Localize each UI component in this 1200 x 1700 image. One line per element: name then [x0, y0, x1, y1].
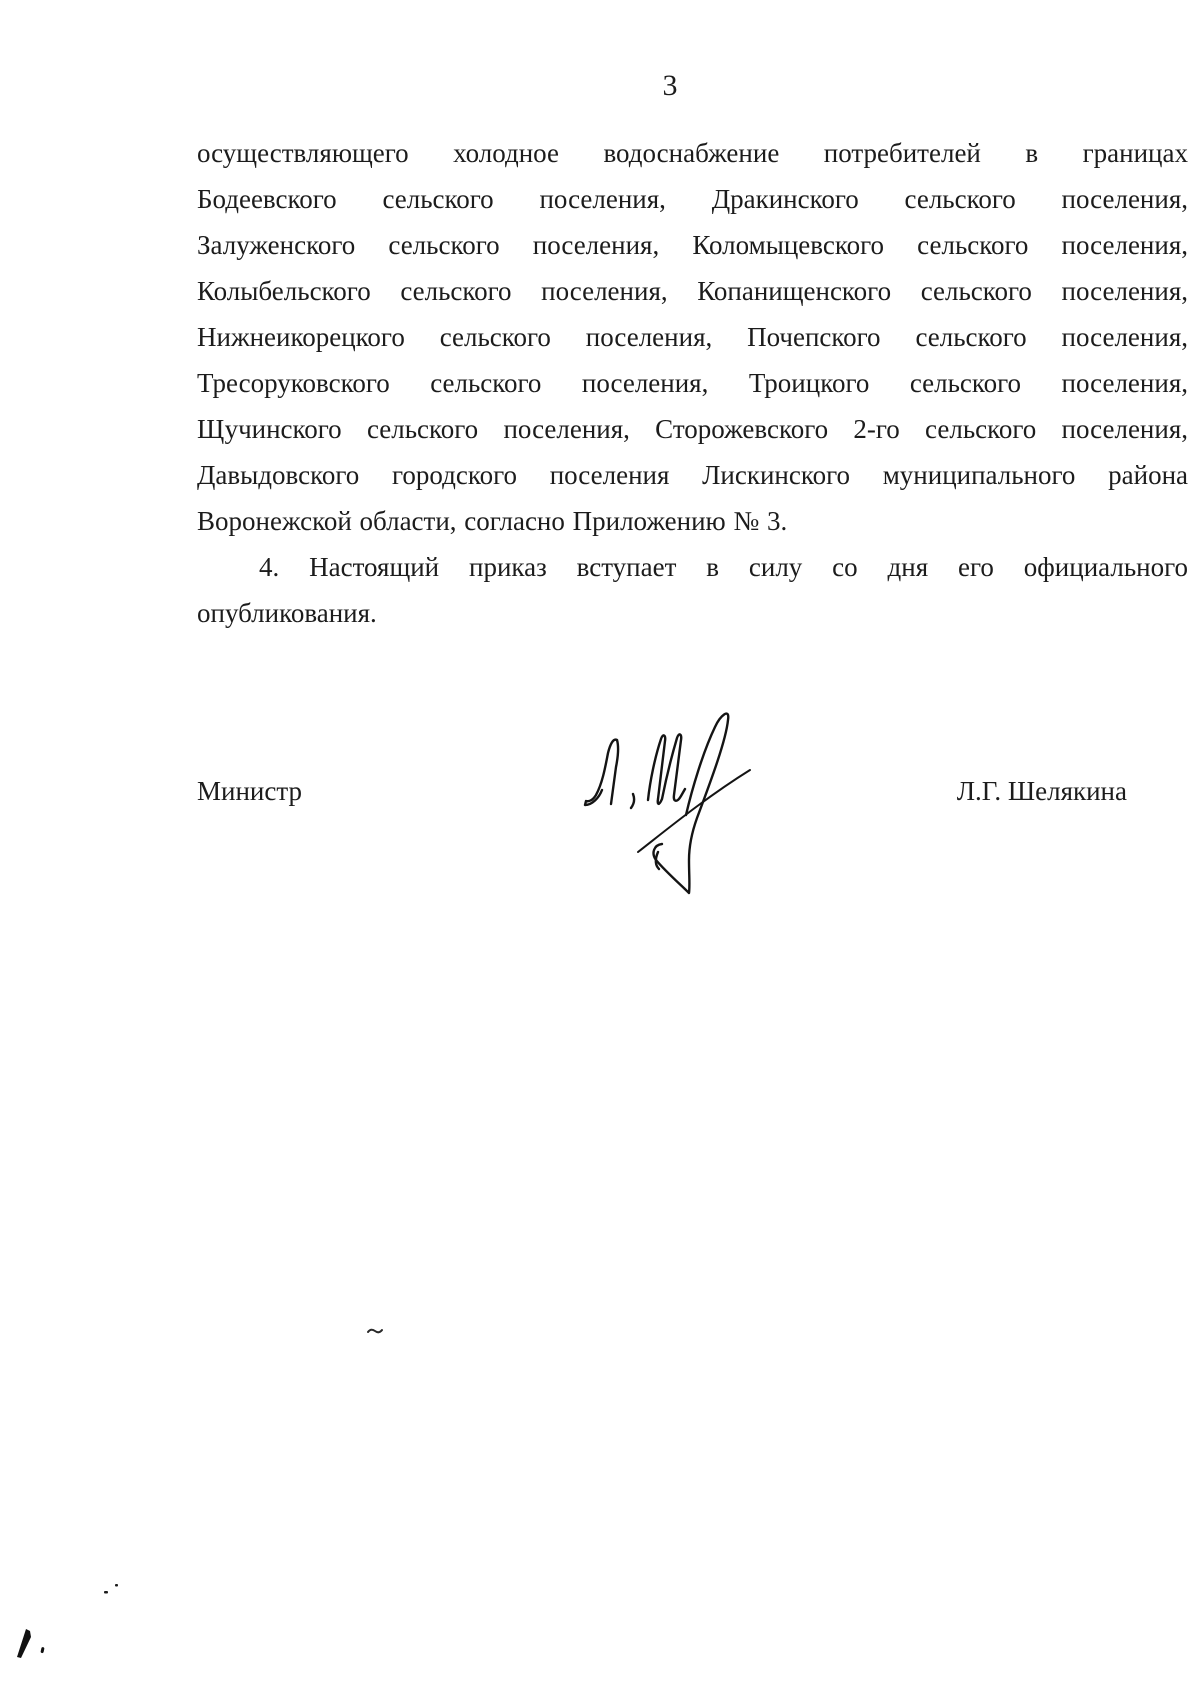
paragraph1-line: осуществляющего холодное водоснабжение п…: [197, 130, 1188, 176]
paragraph2-line: 4. Настоящий приказ вступает в силу со д…: [197, 544, 1188, 590]
document-body: осуществляющего холодное водоснабжение п…: [197, 130, 1188, 636]
paragraph1-line: Нижнеикорецкого сельского поселения, Поч…: [197, 314, 1188, 360]
paragraph1-line: Щучинского сельского поселения, Сторожев…: [197, 406, 1188, 452]
page-number: 3: [640, 68, 700, 104]
paragraph1-line: Воронежской области, согласно Приложению…: [197, 498, 1188, 544]
paragraph1-line: Тресоруковского сельского поселения, Тро…: [197, 360, 1188, 406]
ink-speck-slash: [14, 1628, 48, 1662]
paragraph2-line: опубликования.: [197, 590, 1188, 636]
paragraph1-line: Давыдовского городского поселения Лискин…: [197, 452, 1188, 498]
signature-stroke: [631, 794, 634, 808]
paragraph1-line: Залуженского сельского поселения, Коломы…: [197, 222, 1188, 268]
ink-speck-dots: [102, 1581, 122, 1595]
handwritten-signature-icon: [580, 695, 770, 910]
paragraph1-line: Бодеевского сельского поселения, Дракинс…: [197, 176, 1188, 222]
ink-speck-tilde: [366, 1326, 384, 1336]
scanned-document-page: 3 осуществляющего холодное водоснабжение…: [0, 0, 1200, 1700]
signature-stroke: [648, 734, 685, 804]
signatory-name: Л.Г. Шелякина: [957, 768, 1127, 814]
signatory-title: Министр: [197, 768, 302, 814]
paragraph1-line: Колыбельского сельского поселения, Копан…: [197, 268, 1188, 314]
signature-stroke: [585, 740, 618, 805]
